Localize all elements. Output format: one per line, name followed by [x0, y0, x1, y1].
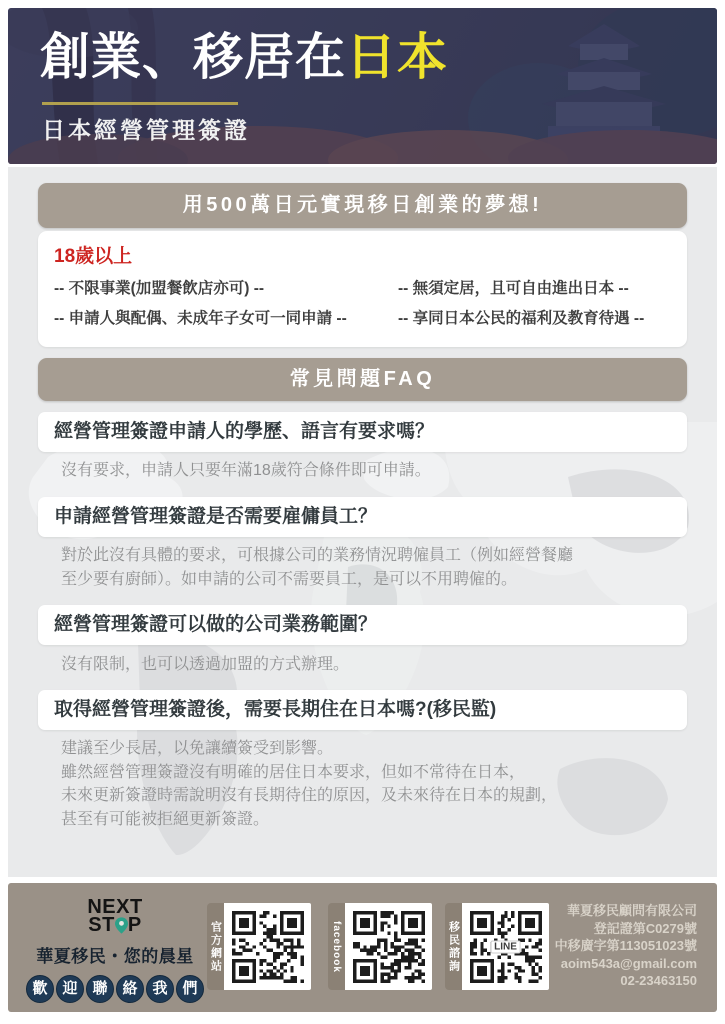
line-qr-center-label: LINE	[490, 940, 521, 953]
flyer-page: 創業、移居在日本 日本經營管理簽證 用500萬日元實現移日創業的夢想! 18歲以…	[0, 0, 725, 1024]
age-requirement: 18歲以上	[54, 241, 132, 268]
logo-next: NEXT	[20, 898, 210, 916]
benefit-point: -- 不限事業(加盟餐飲店亦可) --	[54, 276, 264, 298]
company-info-line: 登記證第C0279號	[555, 920, 697, 938]
faq-answer: 沒有限制，也可以透過加盟的方式辦理。	[61, 653, 349, 677]
qr-code-image	[353, 911, 425, 983]
company-tagline: 華夏移民・您的晨星	[20, 942, 210, 967]
benefit-point: -- 申請人與配偶、未成年子女可一同申請 --	[54, 306, 347, 328]
gold-divider	[42, 102, 238, 105]
qr-label: 官方網站	[207, 903, 224, 990]
company-info-line: aoim543a@gmail.com	[555, 955, 697, 973]
qr-block-facebook: facebook	[328, 903, 432, 990]
footer: NEXT STP 華夏移民・您的晨星 歡 迎 聯 絡 我 們 官方網站 face…	[8, 883, 717, 1012]
company-info-line: 中移廣字第113051023號	[555, 937, 697, 955]
benefit-point: -- 無須定居，且可自由進出日本 --	[398, 276, 629, 298]
qr-block-line: 移民諮詢 LINE	[445, 903, 549, 990]
intro-banner: 用500萬日元實現移日創業的夢想!	[38, 183, 687, 228]
company-info-line: 02-23463150	[555, 972, 697, 990]
qr-block-website: 官方網站	[207, 903, 311, 990]
qr-code-website	[224, 903, 311, 990]
qr-code-line: LINE	[462, 903, 549, 990]
title-main: 創業、移居在	[40, 29, 346, 85]
faq-answer: 沒有要求，申請人只要年滿18歲符合條件即可申請。	[61, 459, 431, 483]
faq-question: 經營管理簽證可以做的公司業務範圍？	[38, 605, 687, 645]
qr-code-facebook	[345, 903, 432, 990]
logo-stop: STP	[20, 916, 210, 934]
company-info-line: 華夏移民顧問有限公司	[555, 902, 697, 920]
faq-question: 取得經營管理簽證後，需要長期住在日本嗎?(移民監)	[38, 690, 687, 730]
page-title: 創業、移居在日本	[40, 30, 448, 85]
contact-badge: 們	[176, 975, 204, 1003]
faq-answer: 對於此沒有具體的要求，可根據公司的業務情況聘僱員工（例如經營餐廳 至少要有廚師）…	[61, 544, 573, 591]
faq-question: 申請經營管理簽證是否需要雇傭員工？	[38, 497, 687, 537]
company-info: 華夏移民顧問有限公司 登記證第C0279號 中移廣字第113051023號 ao…	[555, 902, 697, 990]
hero-header: 創業、移居在日本 日本經營管理簽證	[8, 8, 717, 164]
contact-badge: 迎	[56, 975, 84, 1003]
page-subtitle: 日本經營管理簽證	[42, 112, 250, 145]
contact-badge: 歡	[26, 975, 54, 1003]
logo-wordmark: NEXT STP	[20, 898, 210, 935]
qr-code-image	[232, 911, 304, 983]
content-area: 用500萬日元實現移日創業的夢想! 18歲以上 -- 不限事業(加盟餐飲店亦可)…	[8, 167, 717, 877]
nextstop-logo: NEXT STP 華夏移民・您的晨星 歡 迎 聯 絡 我 們	[20, 898, 210, 1003]
location-pin-icon	[115, 917, 128, 934]
faq-question: 經營管理簽證申請人的學歷、語言有要求嗎？	[38, 412, 687, 452]
qr-label: facebook	[328, 903, 345, 990]
faq-answer: 建議至少長居，以免讓續簽受到影響。 雖然經營管理簽證沒有明確的居住日本要求，但如…	[61, 737, 557, 831]
requirements-card: 18歲以上 -- 不限事業(加盟餐飲店亦可) -- -- 申請人與配偶、未成年子…	[38, 231, 687, 347]
faq-banner: 常見問題FAQ	[38, 358, 687, 401]
contact-badges: 歡 迎 聯 絡 我 們	[20, 975, 210, 1003]
contact-badge: 絡	[116, 975, 144, 1003]
contact-badge: 我	[146, 975, 174, 1003]
qr-label: 移民諮詢	[445, 903, 462, 990]
contact-badge: 聯	[86, 975, 114, 1003]
benefit-point: -- 享同日本公民的福利及教育待遇 --	[398, 306, 644, 328]
title-highlight: 日本	[346, 29, 448, 85]
